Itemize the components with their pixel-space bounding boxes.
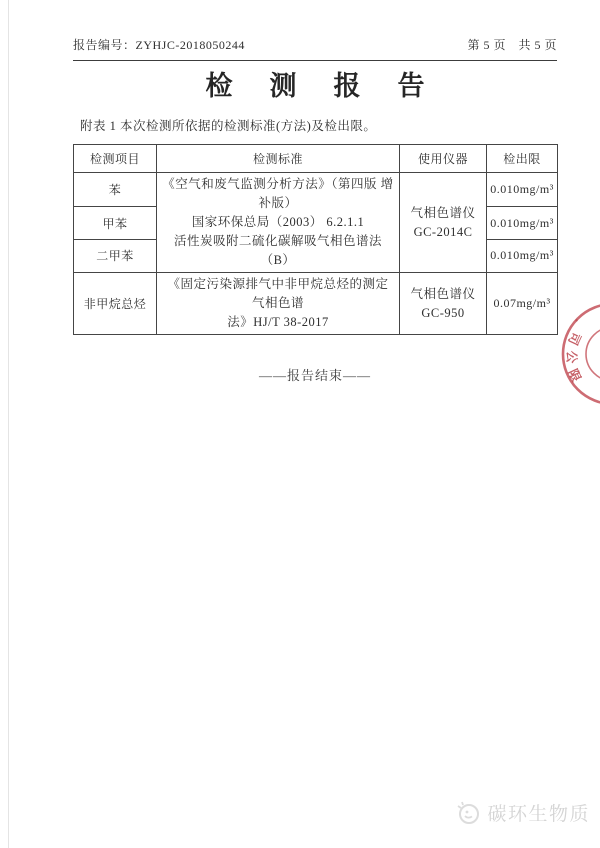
instrument-nmhc: 气相色谱仪 GC-950 xyxy=(400,273,487,335)
page-title: 检 测 报 告 xyxy=(73,64,557,103)
instrument-btex: 气相色谱仪 GC-2014C xyxy=(400,173,487,273)
limit-toluene: 0.010mg/m³ xyxy=(487,207,558,239)
page-indicator: 第 5 页 共 5 页 xyxy=(467,36,557,53)
col-header-item: 检测项目 xyxy=(74,145,157,173)
end-of-report: ——报告结束—— xyxy=(73,365,557,384)
col-header-instrument: 使用仪器 xyxy=(400,145,487,173)
brand-logo-icon xyxy=(455,800,481,826)
limit-benzene: 0.010mg/m³ xyxy=(487,173,558,207)
limit-nmhc: 0.07mg/m³ xyxy=(487,273,558,335)
report-header: 报告编号：ZYHJC-2018050244 第 5 页 共 5 页 xyxy=(73,36,557,61)
standards-table: 检测项目 检测标准 使用仪器 检出限 苯 《空气和废气监测分析方法》（第四版 增… xyxy=(73,144,558,335)
standard-btex: 《空气和废气监测分析方法》（第四版 增补版） 国家环保总局（2003） 6.2.… xyxy=(157,173,400,273)
red-seal-stamp: · 司 公 限 xyxy=(560,302,600,406)
brand-watermark-text: 碳环生物质 xyxy=(487,799,590,826)
col-header-limit: 检出限 xyxy=(487,145,558,173)
table-header-row: 检测项目 检测标准 使用仪器 检出限 xyxy=(74,145,558,173)
item-xylene: 二甲苯 xyxy=(74,239,157,272)
seal-character: 公 xyxy=(563,351,581,364)
seal-separator-dot: · xyxy=(574,313,579,330)
item-nmhc: 非甲烷总烃 xyxy=(74,273,157,335)
limit-xylene: 0.010mg/m³ xyxy=(487,239,558,272)
brand-watermark: 碳环生物质 xyxy=(455,799,590,826)
table-caption: 附表 1 本次检测所依据的检测标准(方法)及检出限。 xyxy=(73,116,557,134)
report-number: 报告编号：ZYHJC-2018050244 xyxy=(73,36,245,53)
table-row: 非甲烷总烃 《固定污染源排气中非甲烷总烃的测定 气相色谱 法》HJ/T 38-2… xyxy=(74,273,558,335)
item-benzene: 苯 xyxy=(74,173,157,207)
report-body: 报告编号：ZYHJC-2018050244 第 5 页 共 5 页 检 测 报 … xyxy=(73,36,557,384)
col-header-standard: 检测标准 xyxy=(157,145,400,173)
scan-edge-line xyxy=(8,0,9,848)
table-row: 苯 《空气和废气监测分析方法》（第四版 增补版） 国家环保总局（2003） 6.… xyxy=(74,173,558,207)
standard-nmhc: 《固定污染源排气中非甲烷总烃的测定 气相色谱 法》HJ/T 38-2017 xyxy=(157,273,400,335)
item-toluene: 甲苯 xyxy=(74,207,157,239)
